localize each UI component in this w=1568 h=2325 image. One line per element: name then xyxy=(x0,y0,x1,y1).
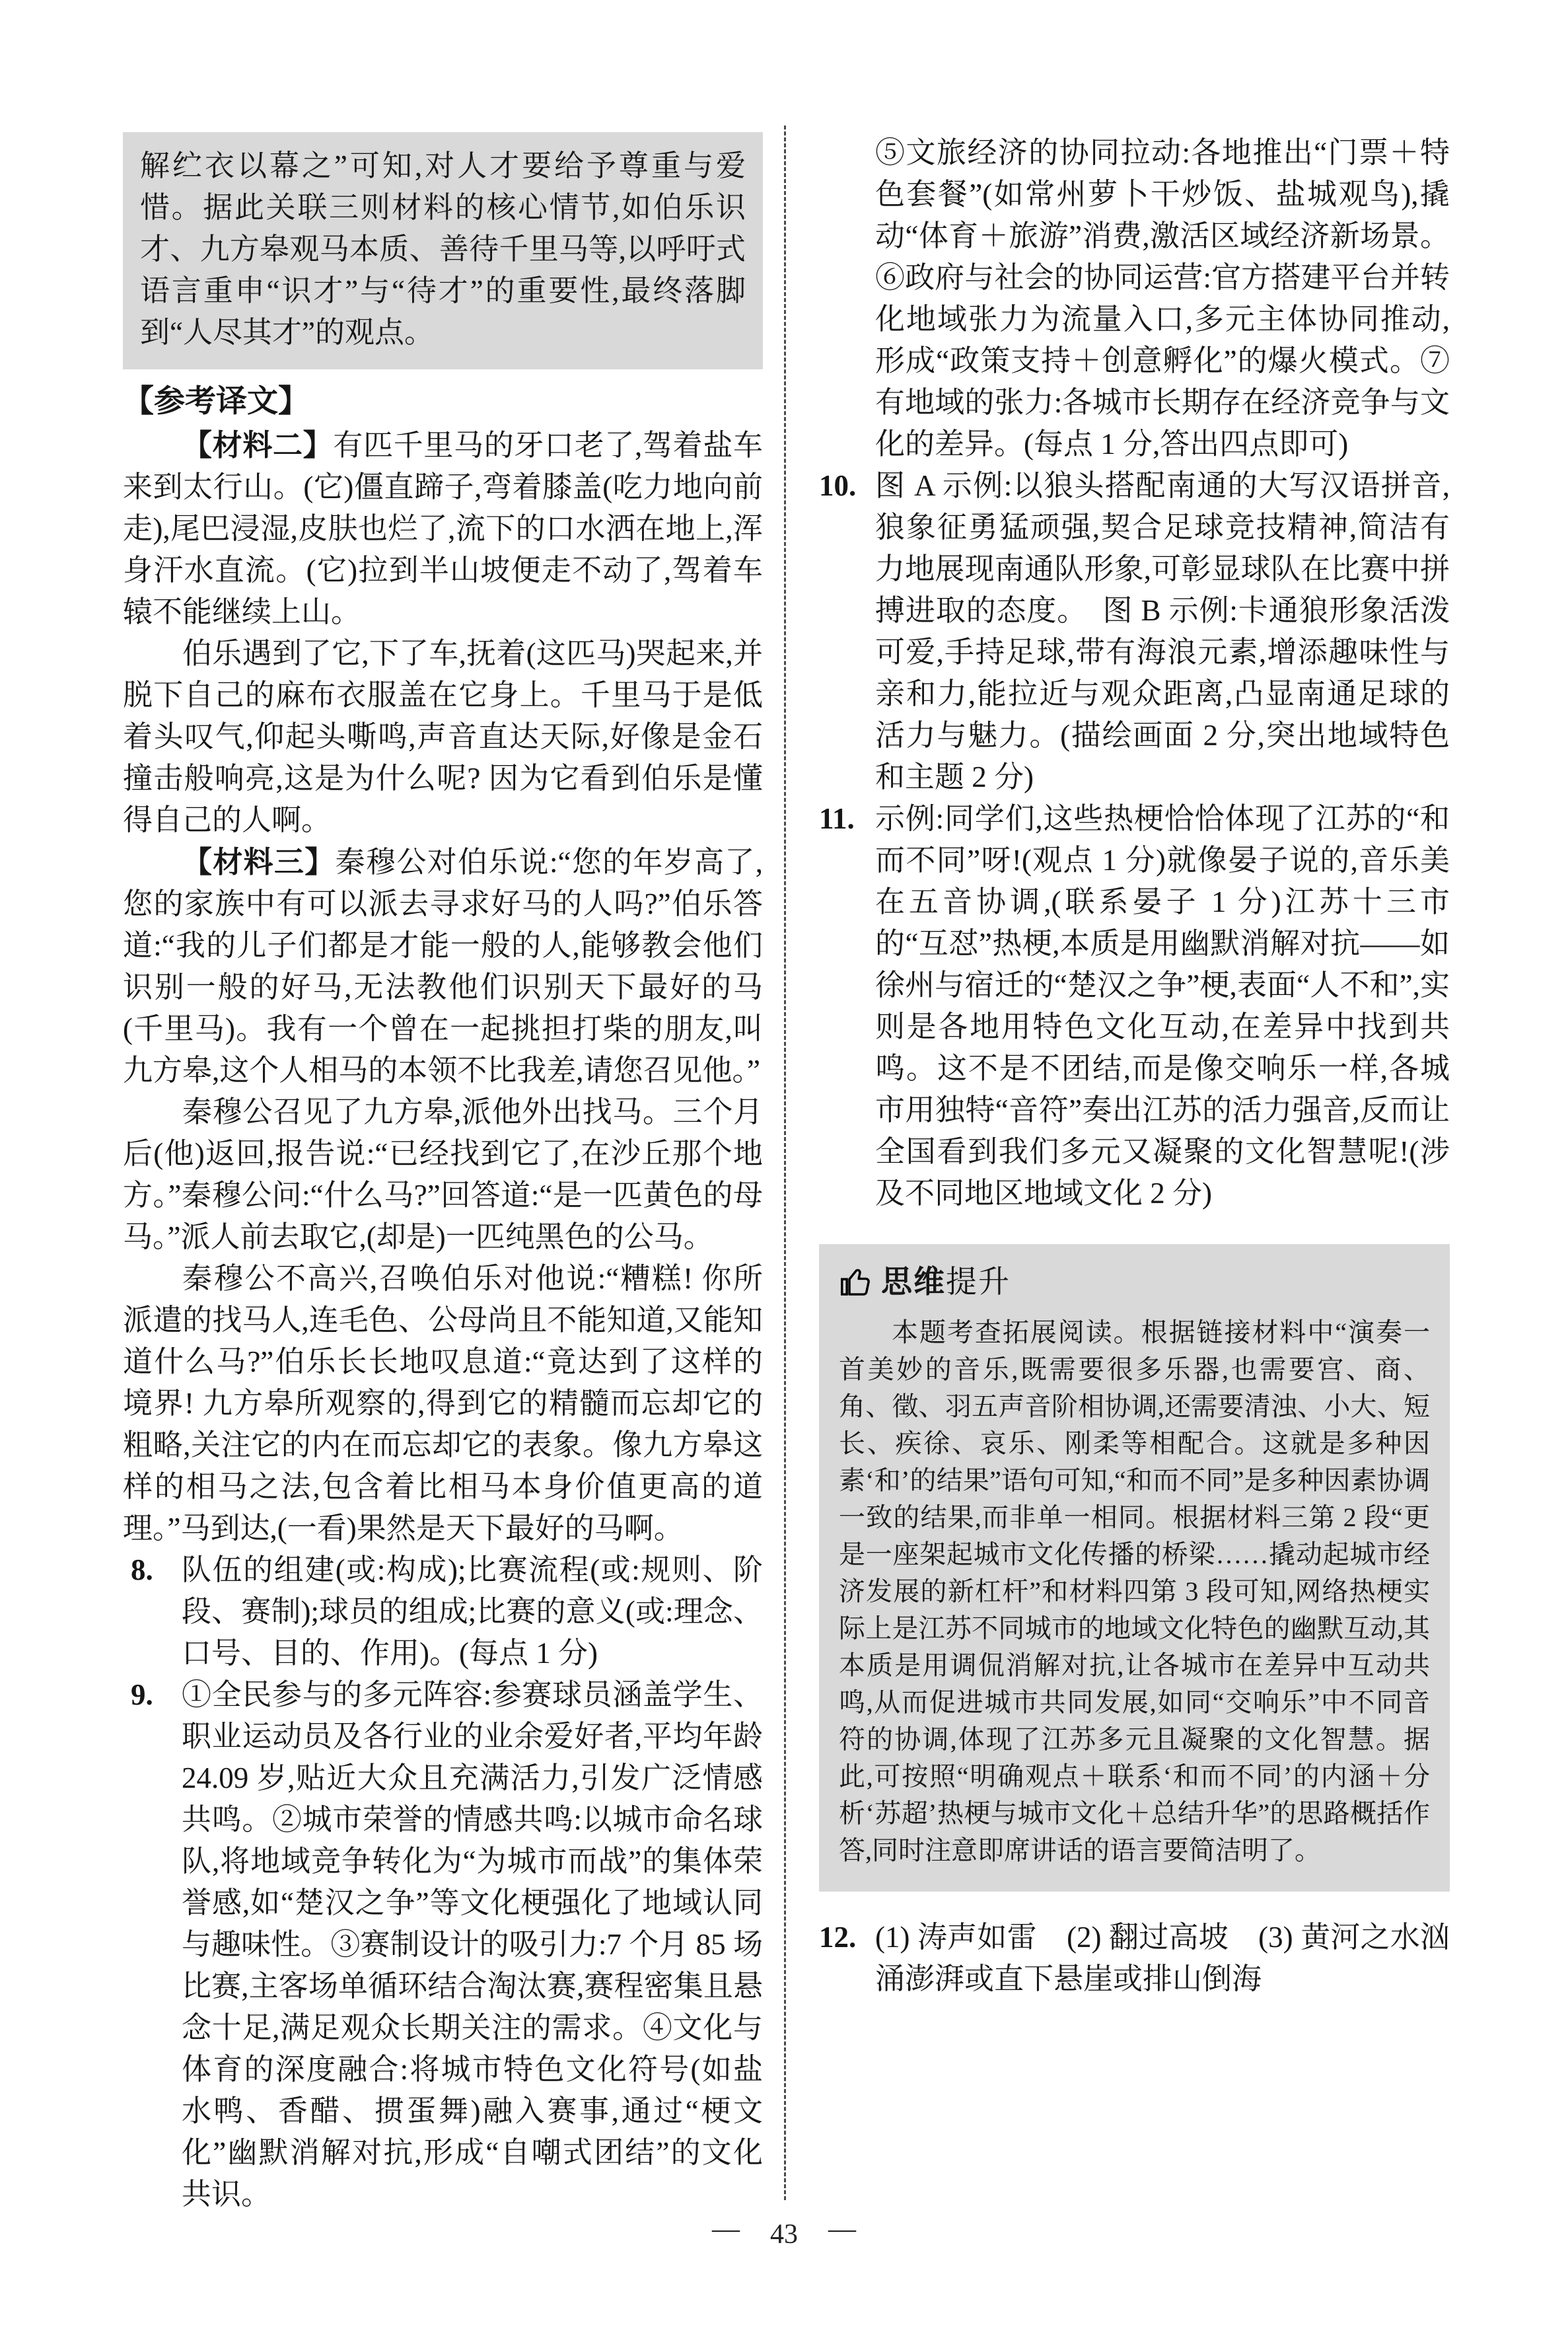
column-divider xyxy=(784,126,786,2200)
translation-heading: 【参考译文】 xyxy=(123,380,763,422)
paragraph-text: 伯乐遇到了它,下了车,抚着(这匹马)哭起来,并脱下自己的麻布衣服盖在它身上。千里… xyxy=(123,637,763,836)
answer-summary-box: 解纻衣以幕之”可知,对人才要给予尊重与爱惜。据此关联三则材料的核心情节,如伯乐识… xyxy=(123,132,763,369)
paragraph-text: 秦穆公不高兴,召唤伯乐对他说:“糟糕! 你所派遣的找马人,连毛色、公母尚且不能知… xyxy=(123,1262,763,1545)
material3-label: 【材料三】 xyxy=(182,845,336,879)
item-text: ①全民参与的多元阵容:参赛球员涵盖学生、职业运动员及各行业的业余爱好者,平均年龄… xyxy=(182,1674,763,2215)
translation-paragraph: 秦穆公不高兴,召唤伯乐对他说:“糟糕! 你所派遣的找马人,连毛色、公母尚且不能知… xyxy=(123,1258,763,1549)
thumbs-up-icon xyxy=(839,1265,873,1299)
thinking-tip-header: 思维 提升 xyxy=(839,1263,1430,1301)
item-text: (1) 涛声如雷 (2) 翻过高坡 (3) 黄河之水汹涌澎湃或直下悬崖或排山倒海 xyxy=(875,1917,1450,2000)
thinking-tip-title-rest: 提升 xyxy=(946,1263,1011,1301)
answer-item-9: 9. ①全民参与的多元阵容:参赛球员涵盖学生、职业运动员及各行业的业余爱好者,平… xyxy=(123,1674,763,2215)
footer-right-dash: — xyxy=(828,2214,856,2244)
item-text: 示例:同学们,这些热梗恰恰体现了江苏的“和而不同”呀!(观点 1 分)就像晏子说… xyxy=(875,798,1450,1214)
answer-item-12: 12. (1) 涛声如雷 (2) 翻过高坡 (3) 黄河之水汹涌澎湃或直下悬崖或… xyxy=(819,1917,1450,2000)
translation-paragraph: 伯乐遇到了它,下了车,抚着(这匹马)哭起来,并脱下自己的麻布衣服盖在它身上。千里… xyxy=(123,633,763,841)
footer-left-dash: — xyxy=(712,2214,740,2244)
answer-summary-text: 解纻衣以幕之”可知,对人才要给予尊重与爱惜。据此关联三则材料的核心情节,如伯乐识… xyxy=(140,149,746,349)
item-number: 11. xyxy=(819,798,875,1214)
paragraph-text: 秦穆公召见了九方皋,派他外出找马。三个月后(他)返回,报告说:“已经找到它了,在… xyxy=(123,1095,763,1253)
answer-key-page: { "colors": { "page_bg": "#ffffff", "tex… xyxy=(0,0,1568,2325)
thinking-tip-body: 本题考查拓展阅读。根据链接材料中“演奏一首美妙的音乐,既需要很多乐器,也需要宫、… xyxy=(839,1314,1430,1869)
item-text: 图 A 示例:以狼头搭配南通的大写汉语拼音,狼象征勇猛顽强,契合足球竞技精神,简… xyxy=(875,465,1450,798)
item-text: 队伍的组建(或:构成);比赛流程(或:规则、阶段、赛制);球员的组成;比赛的意义… xyxy=(182,1549,763,1674)
answer-item-11: 11. 示例:同学们,这些热梗恰恰体现了江苏的“和而不同”呀!(观点 1 分)就… xyxy=(819,798,1450,1214)
page-number: 43 xyxy=(770,2219,798,2250)
thinking-tip-title-strong: 思维 xyxy=(881,1263,946,1301)
translation-paragraph-material3: 【材料三】秦穆公对伯乐说:“您的年岁高了,您的家族中有可以派去寻求好马的人吗?”… xyxy=(123,841,763,1091)
page-footer: —43— xyxy=(0,2219,1568,2250)
item-number: 8. xyxy=(123,1549,182,1674)
item-number: 10. xyxy=(819,465,875,798)
left-column: 解纻衣以幕之”可知,对人才要给予尊重与爱惜。据此关联三则材料的核心情节,如伯乐识… xyxy=(123,132,763,2215)
item-number: 12. xyxy=(819,1917,875,2000)
translation-paragraph: 秦穆公召见了九方皋,派他外出找马。三个月后(他)返回,报告说:“已经找到它了,在… xyxy=(123,1091,763,1258)
right-column: ⑤文旅经济的协同拉动:各地推出“门票＋特色套餐”(如常州萝卜干炒饭、盐城观鸟),… xyxy=(819,132,1450,2000)
translation-paragraph-material2: 【材料二】有匹千里马的牙口老了,驾着盐车来到太行山。(它)僵直蹄子,弯着膝盖(吃… xyxy=(123,424,763,633)
paragraph-text: 秦穆公对伯乐说:“您的年岁高了,您的家族中有可以派去寻求好马的人吗?”伯乐答道:… xyxy=(123,846,763,1087)
answer-item-8: 8. 队伍的组建(或:构成);比赛流程(或:规则、阶段、赛制);球员的组成;比赛… xyxy=(123,1549,763,1674)
item-number: 9. xyxy=(123,1674,182,2215)
material2-label: 【材料二】 xyxy=(182,428,333,462)
thinking-tip-box: 思维 提升 本题考查拓展阅读。根据链接材料中“演奏一首美妙的音乐,既需要很多乐器… xyxy=(819,1244,1450,1892)
answer-item-9-continued: ⑤文旅经济的协同拉动:各地推出“门票＋特色套餐”(如常州萝卜干炒饭、盐城观鸟),… xyxy=(875,132,1450,465)
answer-item-10: 10. 图 A 示例:以狼头搭配南通的大写汉语拼音,狼象征勇猛顽强,契合足球竞技… xyxy=(819,465,1450,798)
